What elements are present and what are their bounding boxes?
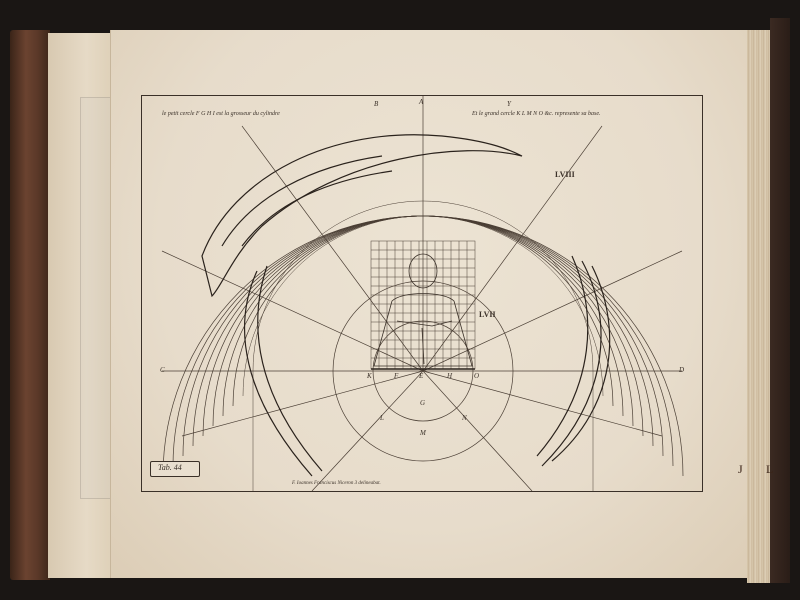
point-label-y: Y bbox=[507, 100, 511, 108]
engraver-credit: F. Ioannes Franciscus Niceron 3 delineab… bbox=[292, 481, 381, 486]
grid-label-e: E bbox=[419, 372, 423, 380]
plate-tab-ribbon: Tab. 44 bbox=[150, 461, 200, 477]
open-book: le petit cercle F G H I est la grosseur … bbox=[0, 0, 800, 600]
circle-label-n: N bbox=[462, 414, 467, 422]
grid-label-f: F bbox=[394, 372, 398, 380]
circle-label-l: L bbox=[380, 414, 384, 422]
right-leather-cover bbox=[770, 18, 790, 583]
grid-label-h: H bbox=[447, 372, 452, 380]
engraved-plate: le petit cercle F G H I est la grosseur … bbox=[141, 95, 703, 492]
plate-number-large: LVIII bbox=[555, 170, 575, 179]
page-edges bbox=[747, 30, 772, 583]
grid-label-o: O bbox=[474, 372, 479, 380]
caption-small-circle: le petit cercle F G H I est la grosseur … bbox=[162, 111, 280, 117]
circle-label-m: M bbox=[420, 429, 426, 437]
left-leather-cover bbox=[10, 30, 50, 580]
point-label-a: A bbox=[419, 98, 423, 106]
grid-label-k: K bbox=[367, 372, 372, 380]
tab-label: Tab. 44 bbox=[158, 463, 182, 472]
point-label-d: D bbox=[679, 366, 684, 374]
plate-number-small: LVII bbox=[479, 310, 496, 319]
caption-large-circle: Et le grand cercle K L M N O &c. represe… bbox=[472, 111, 601, 117]
point-label-c: C bbox=[160, 366, 165, 374]
point-label-b: B bbox=[374, 100, 378, 108]
circle-label-g: G bbox=[420, 399, 425, 407]
margin-mark-1: J bbox=[738, 462, 743, 477]
margin-mark-2: L bbox=[766, 462, 773, 477]
